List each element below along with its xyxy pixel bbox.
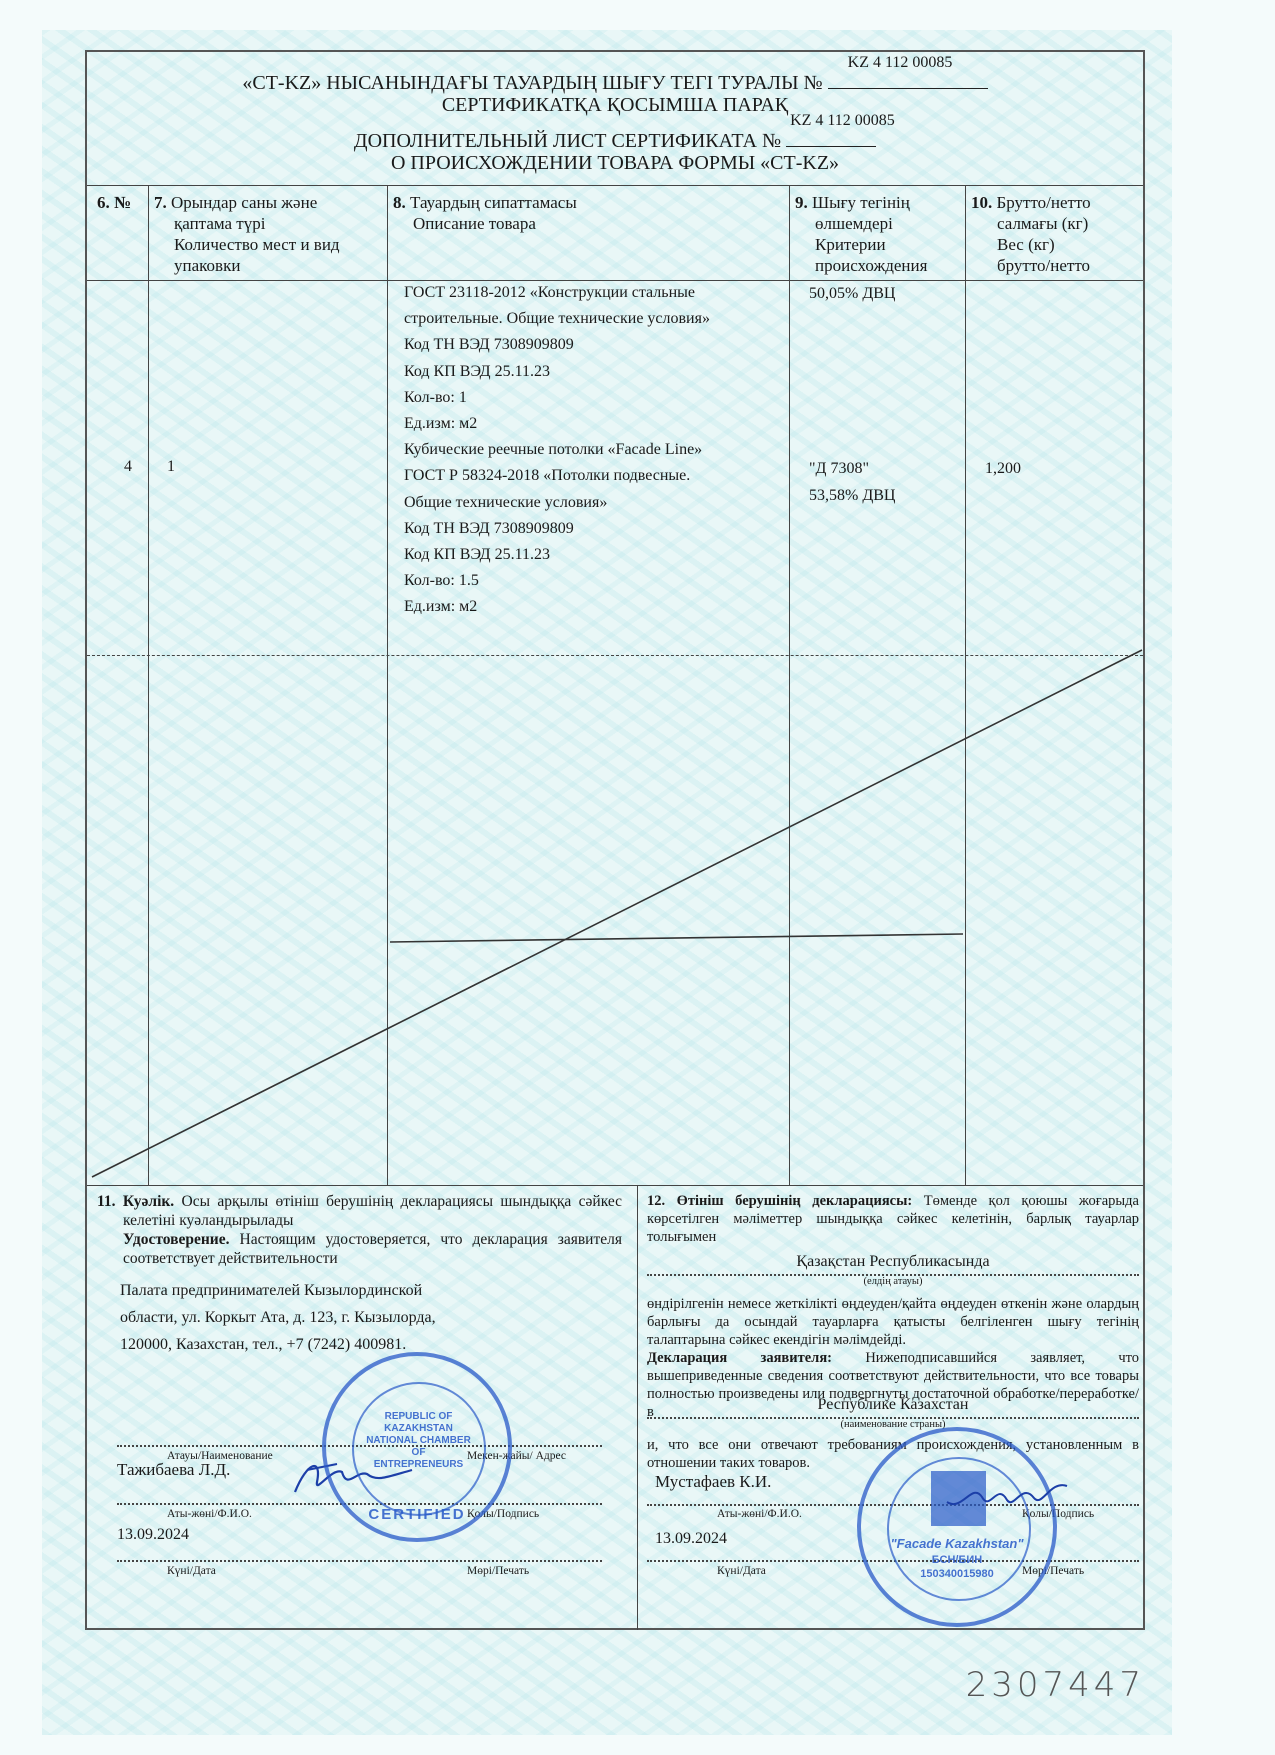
certificate-frame: «СТ-KZ» НЫСАНЫНДАҒЫ ТАУАРДЫҢ ШЫҒУ ТЕГІ Т… xyxy=(85,50,1145,1630)
chamber-of-entrepreneurs-stamp: REPUBLIC OF KAZAKHSTAN NATIONAL CHAMBER … xyxy=(322,1352,512,1542)
description-line: Кубические реечные потолки «Facade Line» xyxy=(404,441,702,459)
certificate-number-ru-field: KZ 4 112 00085 xyxy=(786,128,876,147)
table-bottom-rule xyxy=(87,1185,1143,1186)
declarant-signer-name: Мустафаев К.И. xyxy=(655,1472,771,1492)
country-kz: Қазақстан Республикасында xyxy=(647,1253,1139,1271)
issuer-org-line-3: 120000, Казахстан, тел., +7 (7242) 40098… xyxy=(120,1336,406,1354)
issuer-date-line xyxy=(117,1560,602,1562)
description-line: ГОСТ 23118-2012 «Конструкции стальные xyxy=(404,284,695,302)
col-header-9: 9. Шығу тегінің өлшемдері Критерии проис… xyxy=(795,192,927,276)
section-11-certification: 11. Куәлік. Осы арқылы өтініш берушінің … xyxy=(97,1192,622,1268)
description-line: Кол-во: 1.5 xyxy=(404,572,479,590)
origin-criteria-1: 50,05% ДВЦ xyxy=(809,284,895,304)
description-line: Общие технические условия» xyxy=(404,494,607,512)
certificate-number-kz-field: KZ 4 112 00085 xyxy=(828,70,988,89)
description-line: Код КП ВЭД 25.11.23 xyxy=(404,363,550,381)
col-header-8: 8. Тауардың сипаттамасы Описание товара xyxy=(393,192,577,234)
issuer-org-line-2: области, ул. Коркыт Ата, д. 123, г. Кызы… xyxy=(120,1309,436,1327)
col-divider-2 xyxy=(387,185,388,1185)
description-line: Код ТН ВЭД 7308909809 xyxy=(404,336,574,354)
origin-criteria-2-percent: 53,58% ДВЦ xyxy=(809,486,895,506)
col-divider-3 xyxy=(789,185,790,1185)
col-header-6: 6. № xyxy=(97,192,131,213)
col-divider-1 xyxy=(148,185,149,1185)
title-block: «СТ-KZ» НЫСАНЫНДАҒЫ ТАУАРДЫҢ ШЫҒУ ТЕГІ Т… xyxy=(87,52,1143,185)
issuer-date: 13.09.2024 xyxy=(117,1526,189,1544)
description-line: строительные. Общие технические условия» xyxy=(404,310,710,328)
description-line: Кол-во: 1 xyxy=(404,389,467,407)
title-line-kz-2: СЕРТИФИКАТҚА ҚОСЫМША ПАРАҚ xyxy=(87,94,1143,116)
description-line: ГОСТ Р 58324-2018 «Потолки подвесные. xyxy=(404,467,690,485)
description-line: Код ТН ВЭД 7308909809 xyxy=(404,520,574,538)
gross-net-weight: 1,200 xyxy=(985,459,1021,479)
title-line-ru: ДОПОЛНИТЕЛЬНЫЙ ЛИСТ СЕРТИФИКАТА № KZ 4 1… xyxy=(87,128,1143,152)
section-divider xyxy=(637,1185,638,1630)
section-12-declaration: 12. Өтініш берушінің декларациясы: Төмен… xyxy=(647,1192,1139,1246)
col-header-10: 10. Брутто/нетто салмағы (кг) Вес (кг) б… xyxy=(971,192,1091,276)
table-header-rule xyxy=(87,280,1143,281)
issuer-signer-name: Тажибаева Л.Д. xyxy=(117,1460,230,1480)
table-row-end-rule xyxy=(87,655,1143,656)
title-line-ru-2: О ПРОИСХОЖДЕНИИ ТОВАРА ФОРМЫ «СТ-KZ» xyxy=(87,152,1143,174)
col-divider-4 xyxy=(965,185,966,1185)
description-line: Ед.изм: м2 xyxy=(404,598,477,616)
declarant-signature xyxy=(942,1472,1072,1522)
description-line: Код КП ВЭД 25.11.23 xyxy=(404,546,550,564)
description-line: Ед.изм: м2 xyxy=(404,415,477,433)
facade-kazakhstan-stamp: "Facade Kazakhstan" БСН/БИН 150340015980 xyxy=(857,1427,1057,1627)
issuer-org-line-1: Палата предпринимателей Кызылординской xyxy=(120,1282,422,1300)
origin-criteria-2-code: "Д 7308" xyxy=(809,459,869,479)
col-header-7: 7. Орындар саны және қаптама түрі Количе… xyxy=(154,192,340,276)
table-top-rule xyxy=(87,185,1143,186)
item-number: 4 xyxy=(124,457,132,477)
country-ru: Республике Казахстан xyxy=(647,1396,1139,1414)
declarant-date: 13.09.2024 xyxy=(655,1530,727,1548)
form-serial-number: 2307447 xyxy=(966,1665,1145,1705)
title-line-kz: «СТ-KZ» НЫСАНЫНДАҒЫ ТАУАРДЫҢ ШЫҒУ ТЕГІ Т… xyxy=(87,70,1143,94)
package-count: 1 xyxy=(167,457,175,477)
